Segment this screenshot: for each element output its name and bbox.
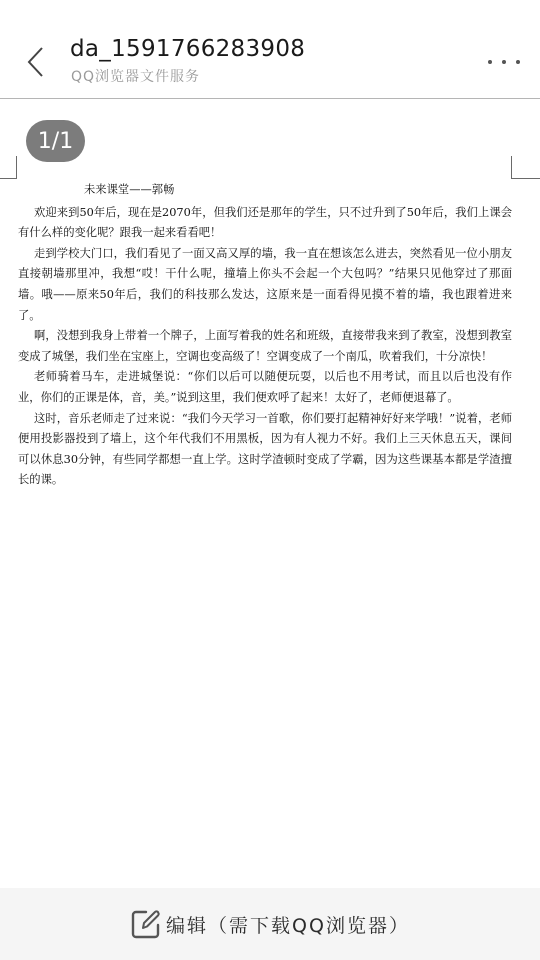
more-options-button[interactable] [484,50,524,74]
back-button[interactable] [18,40,54,84]
page-indicator-badge: 1/1 [26,120,85,162]
paragraph: 走到学校大门口，我们看见了一面又高又厚的墙，我一直在想该怎么进去，突然看见一位小… [18,244,512,326]
paragraph: 这时，音乐老师走了过来说：“我们今天学习一首歌，你们要打起精神好好来学哦！”说着… [18,409,512,491]
paragraph: 老师骑着马车，走进城堡说：“你们以后可以随便玩耍，以后也不用考试，而且以后也没有… [18,367,512,408]
file-viewer-app: da_1591766283908 QQ浏览器文件服务 1/1 未来课堂——郭畅 … [0,0,540,960]
paragraph: 欢迎来到50年后，现在是2070年，但我们还是那年的学生，只不过升到了50年后，… [18,203,512,244]
crop-mark-top-right [511,156,540,179]
crop-mark-top-left [0,156,17,179]
edit-button[interactable]: 编辑（需下载QQ浏览器） [130,908,410,940]
more-dot [502,60,506,64]
more-dot [516,60,520,64]
file-title: da_1591766283908 [70,36,305,62]
bottom-action-bar: 编辑（需下载QQ浏览器） [0,888,540,960]
header: da_1591766283908 QQ浏览器文件服务 [0,0,540,99]
chevron-left-icon [26,46,46,78]
edit-icon [130,908,162,940]
paragraph: 啊，没想到我身上带着一个牌子，上面写着我的姓名和班级，直接带我来到了教室，没想到… [18,326,512,367]
file-service-subtitle: QQ浏览器文件服务 [71,66,200,86]
document-title: 未来课堂——郭畅 [18,180,512,201]
more-horizontal-icon [488,60,492,64]
edit-label: 编辑（需下载QQ浏览器） [166,911,410,938]
document-page: 未来课堂——郭畅 欢迎来到50年后，现在是2070年，但我们还是那年的学生，只不… [18,180,512,491]
